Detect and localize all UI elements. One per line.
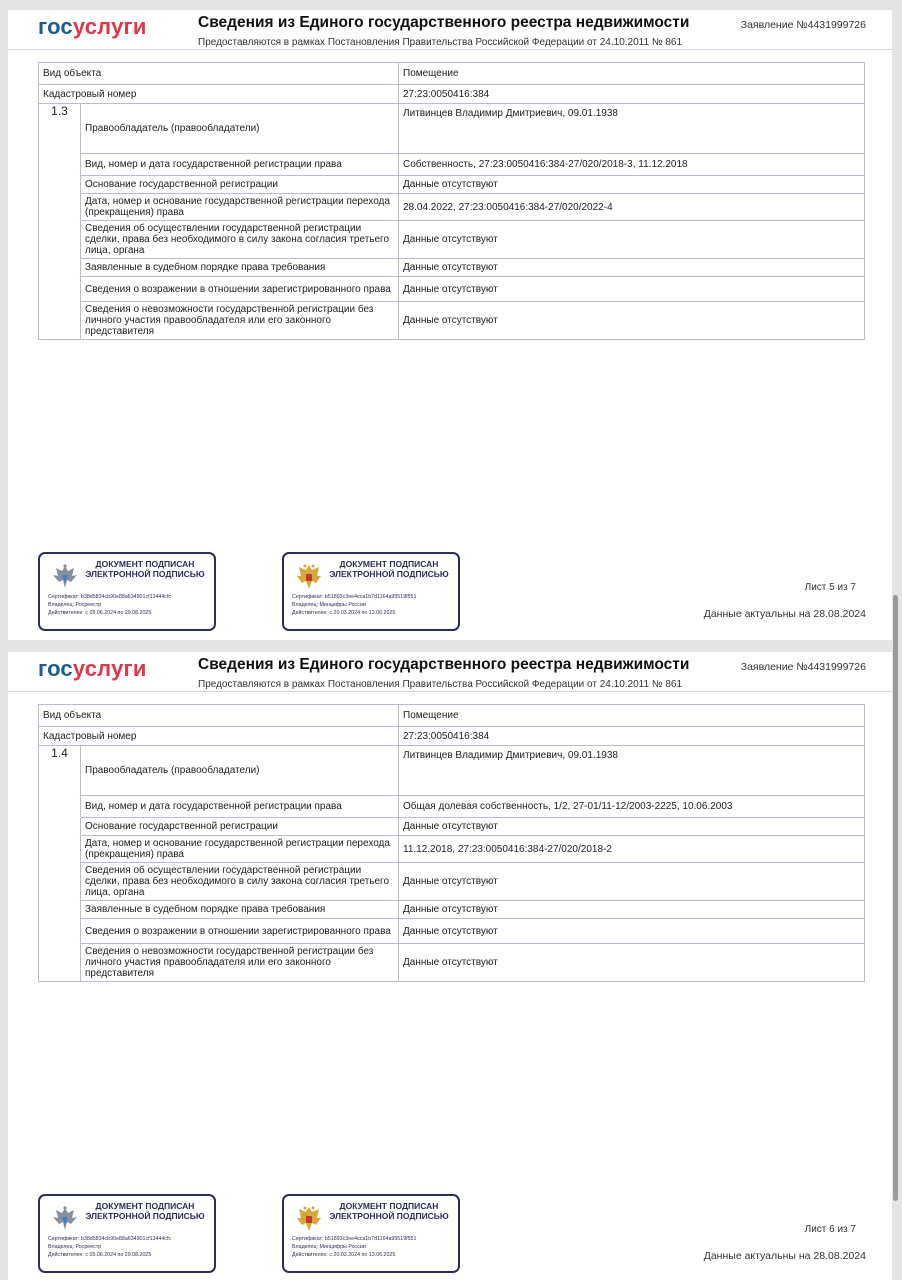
stamp-owner: Владелец: Росреестр <box>48 1244 101 1250</box>
label-right-type: Вид, номер и дата государственной регист… <box>81 796 399 818</box>
russia-coat-of-arms-icon <box>294 1204 324 1234</box>
stamp-owner: Владелец: Минцифры России <box>292 602 366 608</box>
label-object-type: Вид объекта <box>39 705 399 727</box>
stamp-title: ДОКУМЕНТ ПОДПИСАН ЭЛЕКТРОННОЙ ПОДПИСЬЮ <box>326 1201 452 1221</box>
table-row: Сведения о невозможности государственной… <box>39 944 865 982</box>
stamp-title: ДОКУМЕНТ ПОДПИСАН ЭЛЕКТРОННОЙ ПОДПИСЬЮ <box>326 559 452 579</box>
table-row: Сведения об осуществлении государственно… <box>39 863 865 901</box>
rosreestr-eagle-icon <box>50 1204 80 1234</box>
label-right-holder: Правообладатель (правообладатели) <box>81 746 399 796</box>
document-title: Сведения из Единого государственного рее… <box>198 14 689 32</box>
table-row: Вид, номер и дата государственной регист… <box>39 796 865 818</box>
registry-table: Вид объекта Помещение Кадастровый номер … <box>38 704 865 982</box>
table-row: Вид объекта Помещение <box>39 63 865 85</box>
value-deal-without-consent: Данные отсутствуют <box>399 863 865 901</box>
label-reg-basis: Основание государственной регистрации <box>81 818 399 836</box>
value-object-type: Помещение <box>399 705 865 727</box>
table-row: Дата, номер и основание государственной … <box>39 194 865 221</box>
signature-stamp-mintsifry: ДОКУМЕНТ ПОДПИСАН ЭЛЕКТРОННОЙ ПОДПИСЬЮ С… <box>282 1194 460 1273</box>
table-row: Основание государственной регистрации Да… <box>39 818 865 836</box>
stamp-certificate: Сертификат: b38d5834cb90e88a634901cf1344… <box>48 594 171 600</box>
gosuslugi-logo: госуслуги <box>38 656 147 682</box>
label-objections: Сведения о возражении в отношении зареги… <box>81 919 399 944</box>
label-deal-without-consent: Сведения об осуществлении государственно… <box>81 863 399 901</box>
label-object-type: Вид объекта <box>39 63 399 85</box>
table-row: Вид объекта Помещение <box>39 705 865 727</box>
data-actual-date: Данные актуальны на 28.08.2024 <box>704 608 866 620</box>
page-header: госуслуги Сведения из Единого государств… <box>8 10 892 50</box>
table-row: Дата, номер и основание государственной … <box>39 836 865 863</box>
value-objections: Данные отсутствуют <box>399 919 865 944</box>
stamp-valid: Действителен: с 05.06.2024 по 29.08.2025 <box>48 610 151 616</box>
document-page-6: госуслуги Сведения из Единого государств… <box>8 652 892 1280</box>
rosreestr-eagle-icon <box>50 562 80 592</box>
table-row: 1.4 Правообладатель (правообладатели) Ли… <box>39 746 865 796</box>
application-number: Заявление №4431999726 <box>741 661 866 673</box>
stamp-owner: Владелец: Минцифры России <box>292 1244 366 1250</box>
application-number: Заявление №4431999726 <box>741 19 866 31</box>
label-impossibility: Сведения о невозможности государственной… <box>81 302 399 340</box>
value-deal-without-consent: Данные отсутствуют <box>399 221 865 259</box>
gosuslugi-logo: госуслуги <box>38 14 147 40</box>
table-row: Заявленные в судебном порядке права треб… <box>39 901 865 919</box>
value-cadastral-number: 27:23:0050416:384 <box>399 85 865 104</box>
stamp-owner: Владелец: Росреестр <box>48 602 101 608</box>
sheet-number: Лист 5 из 7 <box>805 582 856 593</box>
label-cadastral-number: Кадастровый номер <box>39 85 399 104</box>
value-impossibility: Данные отсутствуют <box>399 302 865 340</box>
value-cadastral-number: 27:23:0050416:384 <box>399 727 865 746</box>
signature-stamp-rosreestr: ДОКУМЕНТ ПОДПИСАН ЭЛЕКТРОННОЙ ПОДПИСЬЮ С… <box>38 552 216 631</box>
stamp-certificate: Сертификат: b51893c3ee4cca1b7d1164a95519… <box>292 1236 416 1242</box>
page-header: госуслуги Сведения из Единого государств… <box>8 652 892 692</box>
label-transfer: Дата, номер и основание государственной … <box>81 836 399 863</box>
table-row: 1.3 Правообладатель (правообладатели) Ли… <box>39 104 865 154</box>
stamp-certificate: Сертификат: b38d5834cb90e88a634901cf1344… <box>48 1236 171 1242</box>
label-transfer: Дата, номер и основание государственной … <box>81 194 399 221</box>
value-reg-basis: Данные отсутствуют <box>399 818 865 836</box>
value-reg-basis: Данные отсутствуют <box>399 176 865 194</box>
document-title: Сведения из Единого государственного рее… <box>198 656 689 674</box>
table-row: Кадастровый номер 27:23:0050416:384 <box>39 85 865 104</box>
data-actual-date: Данные актуальны на 28.08.2024 <box>704 1250 866 1262</box>
value-right-holder: Литвинцев Владимир Дмитриевич, 09.01.193… <box>399 104 865 154</box>
table-row: Сведения о возражении в отношении зареги… <box>39 277 865 302</box>
value-claims: Данные отсутствуют <box>399 259 865 277</box>
signature-stamp-mintsifry: ДОКУМЕНТ ПОДПИСАН ЭЛЕКТРОННОЙ ПОДПИСЬЮ С… <box>282 552 460 631</box>
table-row: Заявленные в судебном порядке права треб… <box>39 259 865 277</box>
table-row: Сведения об осуществлении государственно… <box>39 221 865 259</box>
value-right-type: Собственность, 27:23:0050416:384-27/020/… <box>399 154 865 176</box>
value-objections: Данные отсутствуют <box>399 277 865 302</box>
stamp-valid: Действителен: с 05.06.2024 по 29.08.2025 <box>48 1252 151 1258</box>
table-row: Вид, номер и дата государственной регист… <box>39 154 865 176</box>
value-claims: Данные отсутствуют <box>399 901 865 919</box>
stamp-certificate: Сертификат: b51893c3ee4cca1b7d1164a95519… <box>292 594 416 600</box>
document-page-5: госуслуги Сведения из Единого государств… <box>8 10 892 640</box>
label-deal-without-consent: Сведения об осуществлении государственно… <box>81 221 399 259</box>
section-number: 1.4 <box>39 746 81 982</box>
vertical-scrollbar[interactable] <box>893 595 898 1201</box>
value-right-holder: Литвинцев Владимир Дмитриевич, 09.01.193… <box>399 746 865 796</box>
label-objections: Сведения о возражении в отношении зареги… <box>81 277 399 302</box>
table-row: Сведения о невозможности государственной… <box>39 302 865 340</box>
label-right-holder: Правообладатель (правообладатели) <box>81 104 399 154</box>
document-subtitle: Предоставляются в рамках Постановления П… <box>198 37 682 48</box>
label-reg-basis: Основание государственной регистрации <box>81 176 399 194</box>
label-cadastral-number: Кадастровый номер <box>39 727 399 746</box>
section-number: 1.3 <box>39 104 81 340</box>
table-row: Основание государственной регистрации Да… <box>39 176 865 194</box>
document-subtitle: Предоставляются в рамках Постановления П… <box>198 679 682 690</box>
value-impossibility: Данные отсутствуют <box>399 944 865 982</box>
value-transfer: 28.04.2022, 27:23:0050416:384-27/020/202… <box>399 194 865 221</box>
registry-table: Вид объекта Помещение Кадастровый номер … <box>38 62 865 340</box>
value-right-type: Общая долевая собственность, 1/2, 27-01/… <box>399 796 865 818</box>
label-claims: Заявленные в судебном порядке права треб… <box>81 901 399 919</box>
value-transfer: 11.12.2018, 27:23:0050416:384-27/020/201… <box>399 836 865 863</box>
label-impossibility: Сведения о невозможности государственной… <box>81 944 399 982</box>
table-row: Сведения о возражении в отношении зареги… <box>39 919 865 944</box>
stamp-title: ДОКУМЕНТ ПОДПИСАН ЭЛЕКТРОННОЙ ПОДПИСЬЮ <box>82 559 208 579</box>
value-object-type: Помещение <box>399 63 865 85</box>
sheet-number: Лист 6 из 7 <box>805 1224 856 1235</box>
russia-coat-of-arms-icon <box>294 562 324 592</box>
signature-stamp-rosreestr: ДОКУМЕНТ ПОДПИСАН ЭЛЕКТРОННОЙ ПОДПИСЬЮ С… <box>38 1194 216 1273</box>
stamp-valid: Действителен: с 20.03.2024 по 13.06.2025 <box>292 610 395 616</box>
label-right-type: Вид, номер и дата государственной регист… <box>81 154 399 176</box>
stamp-valid: Действителен: с 20.03.2024 по 13.06.2025 <box>292 1252 395 1258</box>
stamp-title: ДОКУМЕНТ ПОДПИСАН ЭЛЕКТРОННОЙ ПОДПИСЬЮ <box>82 1201 208 1221</box>
label-claims: Заявленные в судебном порядке права треб… <box>81 259 399 277</box>
table-row: Кадастровый номер 27:23:0050416:384 <box>39 727 865 746</box>
